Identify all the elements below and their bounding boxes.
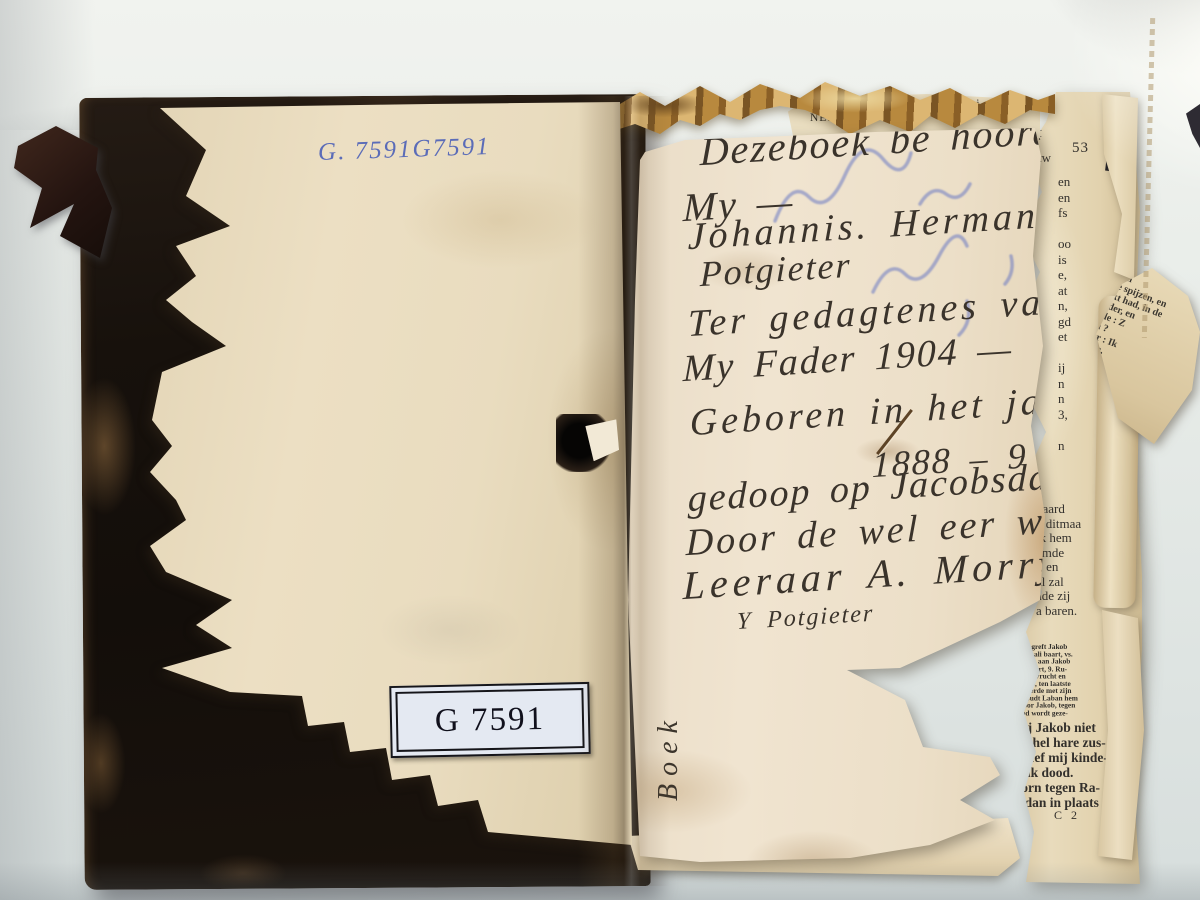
inscription-line-4: Potgieter (700, 247, 852, 292)
cloth-bottom-shadow (0, 862, 1200, 900)
handwritten-call-number: G. 7591G7591 (318, 133, 491, 167)
inscription-line-12: Y Potgieter (737, 602, 875, 634)
handwritten-page: Dezeboek be hoord My — Johannis. Herman … (615, 96, 1055, 886)
folded-corner-fragment: ob en ijke spijzen, en aakt had, in de v… (1096, 268, 1200, 444)
torn-edge-word-column: en en fs oo is e, at n, gd et ij n n 3, … (1058, 174, 1071, 453)
catalog-label: G 7591 (389, 682, 590, 758)
leather-fragment-shape (8, 118, 120, 268)
torn-paper-strip (1094, 94, 1142, 284)
catalog-label-text: G 7591 (435, 700, 546, 739)
torn-paper-strip-bottom (1092, 610, 1144, 864)
corner-fragment-surface: ob en ijke spijzen, en aakt had, in de v… (1096, 268, 1200, 444)
dark-edge-mark (1186, 104, 1200, 148)
left-endpaper: G. 7591G7591 G 7591 (150, 98, 650, 858)
inscription-line-1: Dezeboek be hoord (700, 110, 1055, 172)
handwritten-page-surface: Dezeboek be hoord My — Johannis. Herman … (615, 96, 1055, 886)
catalog-label-frame: G 7591 (395, 688, 584, 752)
signature-mark: C 2 (1054, 808, 1080, 823)
vertical-inscription: Boek (653, 713, 685, 801)
endpaper-surface: G. 7591G7591 G 7591 (150, 98, 650, 858)
page-number: 53 (1072, 140, 1089, 157)
photo-of-damaged-book: . 50. oorr tw 53 en en fs oo is e, at n,… (0, 0, 1200, 900)
torn-leather-fragment (8, 118, 120, 268)
inscription-line-7: Geboren in het jaa (690, 381, 1055, 442)
